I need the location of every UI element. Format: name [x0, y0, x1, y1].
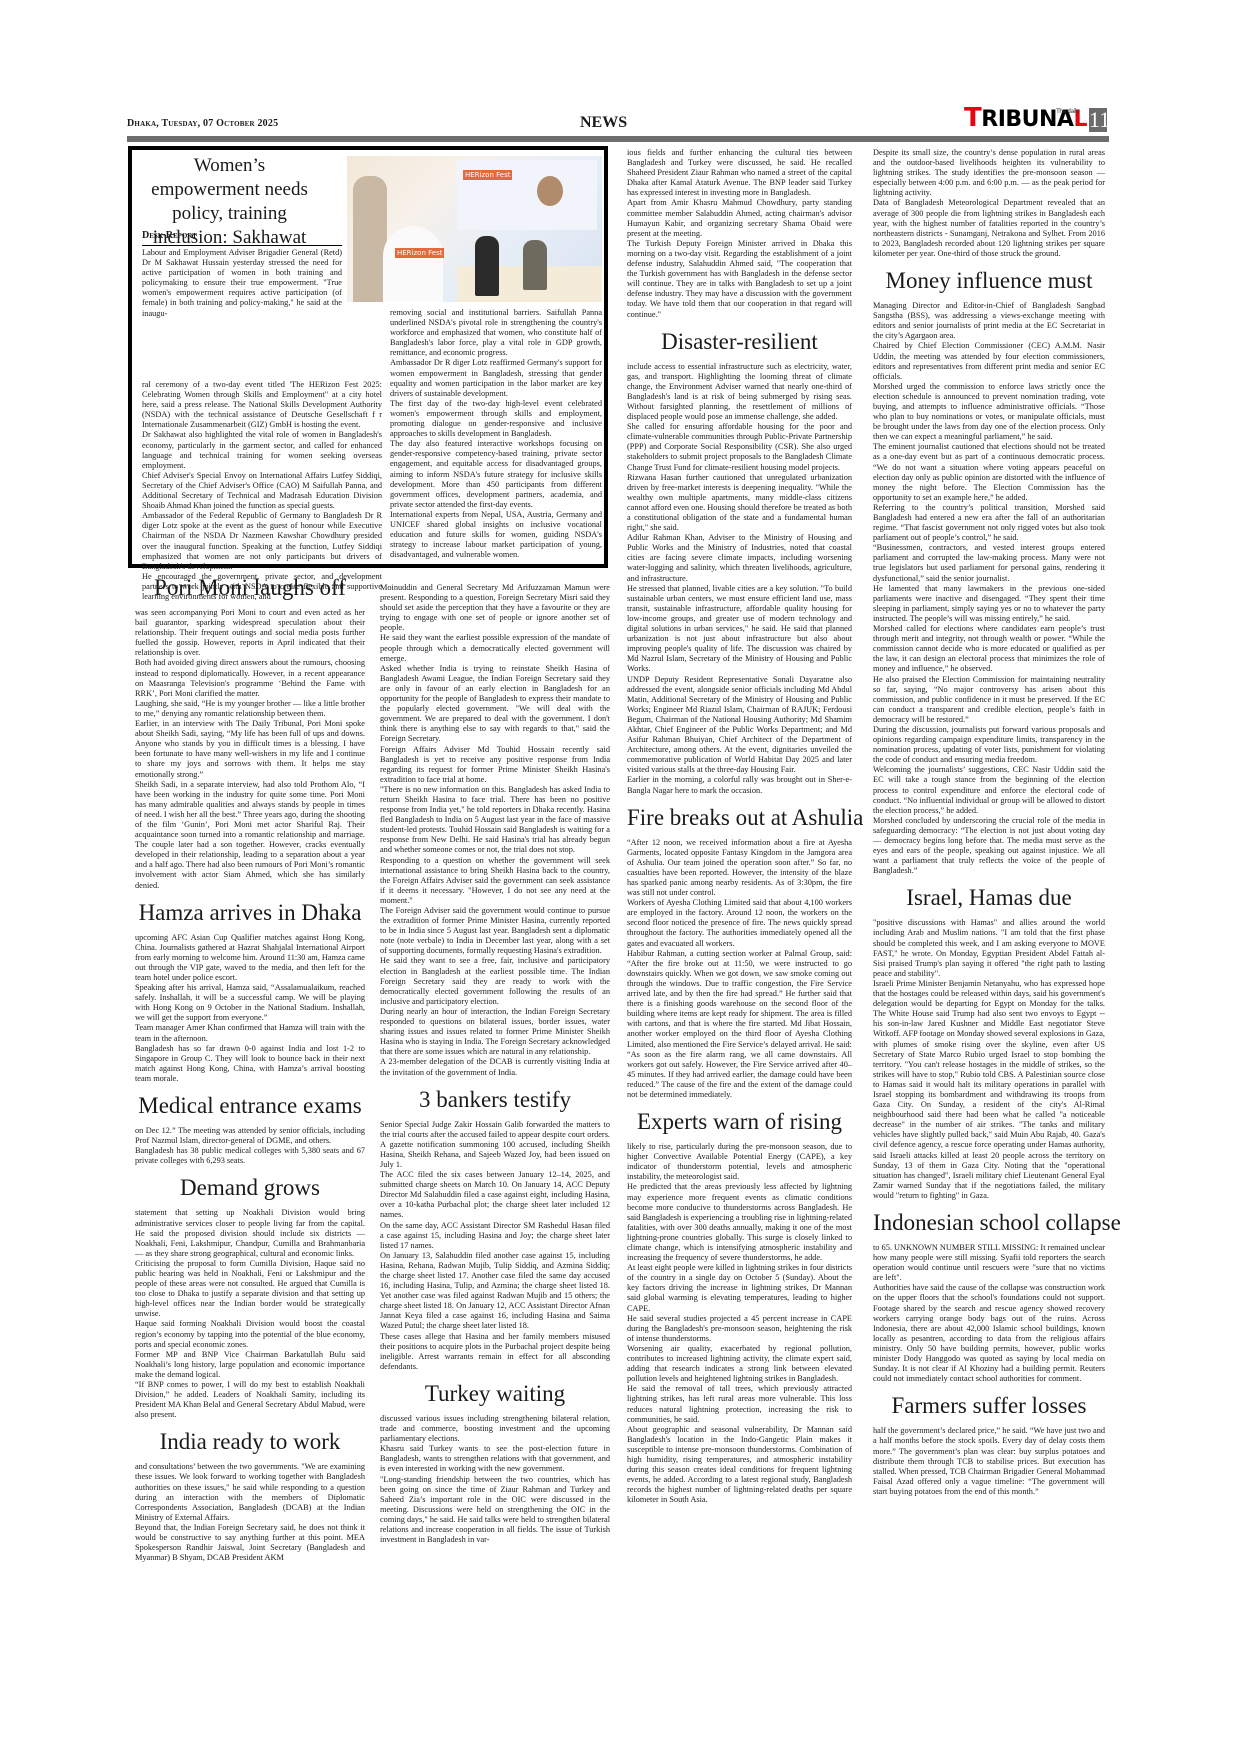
paragraph: On the same day, ACC Assistant Director …	[380, 1221, 610, 1251]
masthead-logo: The daily TRIBUNAL 11	[964, 104, 1107, 132]
paragraph: Speaking after his arrival, Hamza said, …	[135, 983, 365, 1023]
article-hamza: Hamza arrives in Dhaka upcoming AFC Asia…	[135, 899, 365, 1084]
article-demand-grows: Demand grows statement that setting up N…	[135, 1174, 365, 1420]
paragraph: likely to rise, particularly during the …	[627, 1142, 852, 1182]
paragraph: He predicted that the areas previously l…	[627, 1182, 852, 1263]
article-bankers-testify: 3 bankers testify Senior Special Judge Z…	[380, 1086, 610, 1372]
paragraph: Foreign Affairs Adviser Md Touhid Hossai…	[380, 745, 610, 785]
article-india-continued: Moinuddin and General Secretary Md Arifu…	[380, 583, 610, 1078]
headline: Israel, Hamas due	[873, 884, 1105, 912]
page-number: 11	[1089, 108, 1107, 132]
photo-guest-1	[475, 236, 499, 296]
headline: Demand grows	[135, 1174, 365, 1202]
headline: Farmers suffer losses	[873, 1392, 1105, 1420]
headline: Experts warn of rising	[627, 1108, 852, 1136]
paragraph: The ACC filed the six cases between Janu…	[380, 1170, 610, 1220]
paragraph: UNDP Deputy Resident Representative Sona…	[627, 675, 852, 776]
paragraph: Ambassador of the Federal Republic of Ge…	[142, 511, 382, 572]
logo-first-letter: T	[964, 103, 981, 133]
paragraph: Workers of Ayesha Clothing Limited said …	[627, 898, 852, 948]
paragraph: upcoming AFC Asian Cup Qualifier matches…	[135, 933, 365, 983]
paragraph: Welcoming the journalists’ suggestions, …	[873, 765, 1105, 815]
paragraph: These cases allege that Hasina and her f…	[380, 1332, 610, 1372]
page-header: Dhaka, Tuesday, 07 October 2025 NEWS The…	[127, 108, 1107, 136]
paragraph: Data of Bangladesh Meteorological Depart…	[873, 198, 1105, 259]
paragraph: Israeli Prime Minister Benjamin Netanyah…	[873, 979, 1105, 1201]
paragraph: He stressed that planned, livable cities…	[627, 584, 852, 675]
paragraph: The Turkish Deputy Foreign Minister arri…	[627, 239, 852, 320]
photo-podium	[383, 226, 443, 302]
dateline: Dhaka, Tuesday, 07 October 2025	[127, 118, 278, 129]
logo-wordmark: The daily TRIBUNAL	[964, 106, 1087, 132]
paragraph: and consultations’ between the two gover…	[135, 1462, 365, 1523]
paragraph: Referring to the country’s political tra…	[873, 503, 1105, 543]
paragraph: statement that setting up Noakhali Divis…	[135, 1208, 365, 1258]
lead-story-box: Women’s empowerment needs policy, traini…	[128, 146, 608, 568]
paragraph: Asked whether India is trying to reinsta…	[380, 664, 610, 745]
article-israel-hamas: Israel, Hamas due "positive discussions …	[873, 884, 1105, 1201]
paragraph: "positive discussions with Hamas" and al…	[873, 918, 1105, 979]
paragraph: Team manager Amer Khan confirmed that Ha…	[135, 1023, 365, 1043]
paragraph: removing social and institutional barrie…	[390, 308, 602, 358]
paragraph: Worsening air quality, exacerbated by re…	[627, 1344, 852, 1384]
headline: Medical entrance exams	[135, 1092, 365, 1120]
headline: Money influence must	[873, 267, 1105, 295]
article-experts-warn: Experts warn of rising likely to rise, p…	[627, 1108, 852, 1505]
headline: Disaster-resilient	[627, 328, 852, 356]
lead-col-top: Labour and Employment Adviser Brigadier …	[142, 248, 342, 319]
column-4: Despite its small size, the country’s de…	[873, 148, 1105, 1497]
paragraph: Chaired by Chief Election Commissioner (…	[873, 341, 1105, 381]
paragraph: Both had avoided giving direct answers a…	[135, 658, 365, 698]
paragraph: During the discussion, journalists put f…	[873, 725, 1105, 765]
paragraph: He said several studies projected a 45 p…	[627, 1314, 852, 1344]
paragraph: discussed various issues including stren…	[380, 1414, 610, 1444]
paragraph: A 23-member delegation of the DCAB is cu…	[380, 1057, 610, 1077]
article-india-ready: India ready to work and consultations’ b…	[135, 1428, 365, 1563]
photo-screen-portrait	[537, 176, 563, 206]
article-disaster-resilient: Disaster-resilient include access to ess…	[627, 328, 852, 796]
paragraph: Laughing, she said, “He is my younger br…	[135, 699, 365, 719]
paragraph: Managing Director and Editor-in-Chief of…	[873, 301, 1105, 341]
paragraph: Earlier in the morning, a colorful rally…	[627, 775, 852, 795]
paragraph: She called for ensuring affordable housi…	[627, 422, 852, 472]
paragraph: ious fields and further enhancing the cu…	[627, 148, 852, 198]
paragraph: "Long-standing friendship between the tw…	[380, 1475, 610, 1546]
paragraph: Chief Adviser's Special Envoy on Interna…	[142, 471, 382, 511]
paragraph: Apart from Amir Khasru Mahmud Chowdhury,…	[627, 198, 852, 238]
paragraph: Criticising the proposal to form Cumilla…	[135, 1259, 365, 1320]
paragraph: "There is no new information on this. Ba…	[380, 785, 610, 856]
paragraph: He also praised the Election Commission …	[873, 675, 1105, 725]
paragraph: include access to essential infrastructu…	[627, 362, 852, 423]
paragraph: The day also featured interactive worksh…	[390, 439, 602, 510]
photo-speaker	[353, 176, 387, 302]
paragraph: Morshed called for elections where candi…	[873, 624, 1105, 674]
headline: Indonesian school collapse	[873, 1209, 1105, 1237]
paragraph: On January 13, Salahuddin filed another …	[380, 1251, 610, 1332]
column-2: Moinuddin and General Secretary Md Arifu…	[380, 583, 610, 1545]
paragraph: Despite its small size, the country’s de…	[873, 148, 1105, 198]
headline: 3 bankers testify	[380, 1086, 610, 1114]
headline: India ready to work	[135, 1428, 365, 1456]
photo-podium-logo: HERizon Fest	[395, 248, 444, 258]
paragraph: Khasru said Turkey wants to see the post…	[380, 1444, 610, 1474]
paragraph: He said they want to see a free, fair, i…	[380, 956, 610, 1006]
photo-guest-2	[523, 240, 547, 290]
paragraph: Bangladesh has 38 public medical college…	[135, 1146, 365, 1166]
paragraph: Morshed concluded by underscoring the cr…	[873, 816, 1105, 877]
paragraph: “After 12 noon, we received information …	[627, 838, 852, 899]
paragraph: Habibur Rahman, a cutting section worker…	[627, 949, 852, 1100]
article-turkey-continued: ious fields and further enhancing the cu…	[627, 148, 852, 320]
article-farmers-losses: Farmers suffer losses half the governmen…	[873, 1392, 1105, 1497]
article-money-influence: Money influence must Managing Director a…	[873, 267, 1105, 876]
header-rule	[127, 136, 1109, 142]
column-1: Pori Moni laughs off was seen accompanyi…	[135, 574, 365, 1563]
paragraph: Morshed urged the commission to enforce …	[873, 382, 1105, 443]
lead-col-2: removing social and institutional barrie…	[390, 308, 602, 560]
paragraph: At least eight people were killed in lig…	[627, 1263, 852, 1313]
article-turkey-waiting: Turkey waiting discussed various issues …	[380, 1380, 610, 1545]
headline: Pori Moni laughs off	[135, 574, 365, 602]
section-name: NEWS	[580, 114, 627, 132]
byline: Desk Report	[142, 230, 342, 246]
article-indonesian-school: Indonesian school collapse to 65. UNKNOW…	[873, 1209, 1105, 1384]
paragraph: on Dec 12.” The meeting was attended by …	[135, 1126, 365, 1146]
column-3: ious fields and further enhancing the cu…	[627, 148, 852, 1505]
paragraph: Moinuddin and General Secretary Md Arifu…	[380, 583, 610, 633]
lead-col-1: ral ceremony of a two-day event titled '…	[142, 380, 382, 602]
paragraph: Haque said forming Noakhali Division wou…	[135, 1319, 365, 1349]
paragraph: Senior Special Judge Zakir Hossain Galib…	[380, 1120, 610, 1170]
paragraph: Bangladesh has so far drawn 0-0 against …	[135, 1044, 365, 1084]
paragraph: The first day of the two-day high-level …	[390, 399, 602, 439]
paragraph: Beyond that, the Indian Foreign Secretar…	[135, 1523, 365, 1563]
paragraph: Sheikh Sadi, in a separate interview, ha…	[135, 780, 365, 891]
article-lightning-continued: Despite its small size, the country’s de…	[873, 148, 1105, 259]
paragraph: “Businessmen, contractors, and vested in…	[873, 543, 1105, 583]
headline: Hamza arrives in Dhaka	[135, 899, 365, 927]
paragraph: “If BNP comes to power, I will do my bes…	[135, 1380, 365, 1420]
paragraph: He said the removal of tall trees, which…	[627, 1384, 852, 1424]
paragraph: The Foreign Adviser said the government …	[380, 906, 610, 956]
headline: Fire breaks out at Ashulia	[627, 804, 852, 832]
paragraph: Ambassador Dr R diger Lotz reaffirmed Ge…	[390, 358, 602, 398]
paragraph: During nearly an hour of interaction, th…	[380, 1007, 610, 1057]
paragraph: Dr Sakhawat also highlighted the vital r…	[142, 430, 382, 470]
lead-photo: HERizon Fest HERizon Fest	[347, 156, 602, 302]
article-fire-ashulia: Fire breaks out at Ashulia “After 12 noo…	[627, 804, 852, 1100]
paragraph: International experts from Nepal, USA, A…	[390, 510, 602, 560]
article-medical-exams: Medical entrance exams on Dec 12.” The m…	[135, 1092, 365, 1166]
paragraph: He said they want the earliest possible …	[380, 633, 610, 663]
paragraph: ral ceremony of a two-day event titled '…	[142, 380, 382, 430]
paragraph: was seen accompanying Pori Moni to court…	[135, 608, 365, 658]
paragraph: to 65. UNKNOWN NUMBER STILL MISSING: It …	[873, 1243, 1105, 1283]
paragraph: Earlier, in an interview with The Daily …	[135, 719, 365, 780]
paragraph: About geographic and seasonal vulnerabil…	[627, 1425, 852, 1506]
paragraph: He lamented that many lawmakers in the p…	[873, 584, 1105, 624]
paragraph: Former MP and BNP Vice Chairman Barkatul…	[135, 1350, 365, 1380]
paragraph: Labour and Employment Adviser Brigadier …	[142, 248, 342, 319]
paragraph: Authorities have said the cause of the c…	[873, 1283, 1105, 1384]
photo-banner: HERizon Fest	[463, 170, 512, 180]
paragraph: Rizwana Hasan further cautioned that unr…	[627, 473, 852, 534]
paragraph: half the government’s declared price,” h…	[873, 1426, 1105, 1497]
logo-tagline: The daily	[1056, 100, 1079, 124]
paragraph: Responding to a question on whether the …	[380, 856, 610, 906]
paragraph: The eminent journalist cautioned that el…	[873, 442, 1105, 503]
article-pori-moni: Pori Moni laughs off was seen accompanyi…	[135, 574, 365, 891]
paragraph: Adilur Rahman Khan, Adviser to the Minis…	[627, 533, 852, 583]
headline: Turkey waiting	[380, 1380, 610, 1408]
